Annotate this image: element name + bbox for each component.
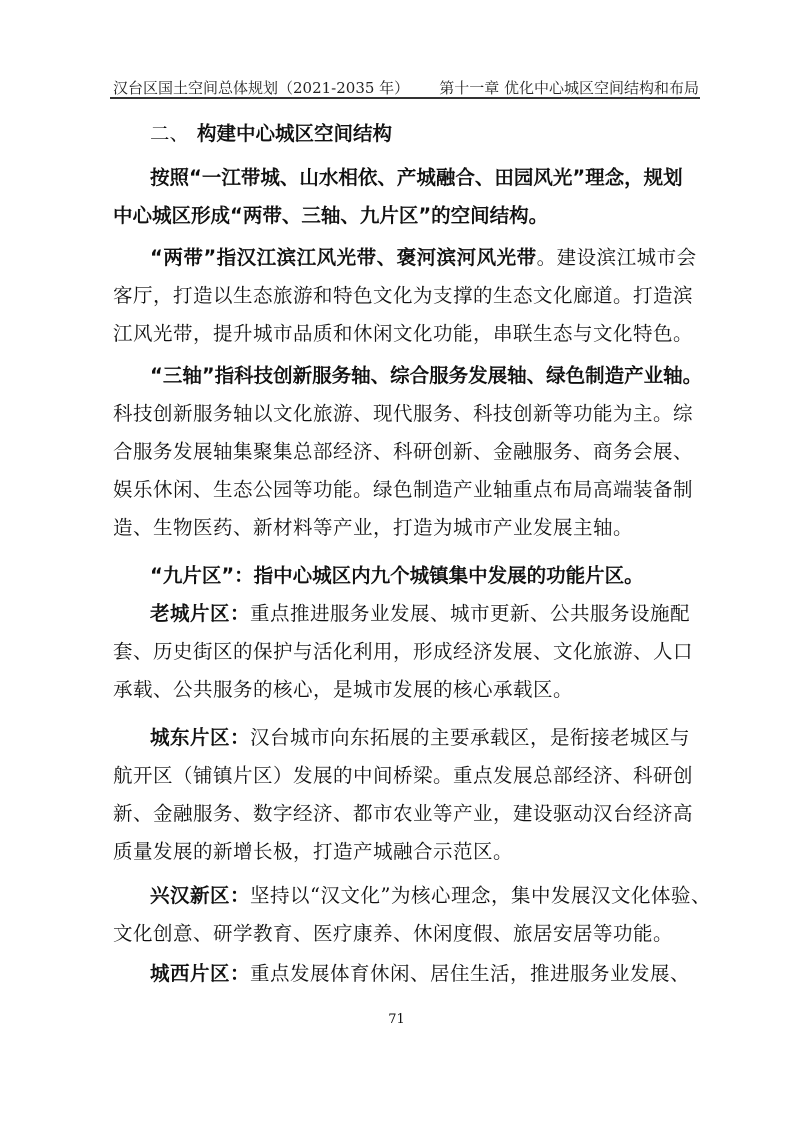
section-heading: 二、构建中心城区空间结构 — [150, 118, 392, 146]
page-header: 汉台区国土空间总体规划（2021-2035 年） 第十一章 优化中心城区空间结构… — [113, 77, 699, 97]
west-city-line-1: 城西片区：重点发展体育休闲、居住生活，推进服务业发展、 — [150, 958, 703, 986]
header-divider — [110, 97, 700, 99]
xinghan-label: 兴汉新区： — [150, 884, 250, 907]
xinghan-text: 坚持以“汉文化”为核心理念，集中发展汉文化体验、 — [250, 884, 711, 907]
old-city-label: 老城片区： — [150, 602, 250, 625]
west-city-label: 城西片区： — [150, 962, 250, 985]
east-city-line-3: 新、金融服务、数字经济、都市农业等产业，建设驱动汉台经济高 — [113, 798, 703, 826]
section-number: 二、 — [150, 122, 189, 145]
east-city-line-4: 质量发展的新增长极，打造产城融合示范区。 — [113, 836, 703, 864]
old-city-line-2: 套、历史街区的保护与活化利用，形成经济发展、文化旅游、人口 — [113, 636, 703, 664]
header-chapter-title: 第十一章 优化中心城区空间结构和布局 — [439, 77, 699, 98]
three-axes-line-1: 科技创新服务轴以文化旅游、现代服务、科技创新等功能为主。综 — [113, 398, 703, 426]
intro-line-1: 按照“一江带城、山水相依、产城融合、田园风光”理念，规划 — [150, 162, 703, 190]
two-belts-text: 。建设滨江城市会 — [537, 246, 697, 269]
xinghan-line-2: 文化创意、研学教育、医疗康养、休闲度假、旅居安居等功能。 — [113, 918, 703, 946]
xinghan-line-1: 兴汉新区：坚持以“汉文化”为核心理念，集中发展汉文化体验、 — [150, 880, 703, 908]
old-city-text: 重点推进服务业发展、城市更新、公共服务设施配 — [250, 602, 690, 625]
east-city-line-2: 航开区（铺镇片区）发展的中间桥梁。重点发展总部经济、科研创 — [113, 760, 703, 788]
two-belts-lead: “两带”指汉江滨江风光带、褒河滨河风光带 — [150, 246, 537, 269]
header-document-title: 汉台区国土空间总体规划（2021-2035 年） — [113, 77, 409, 98]
three-axes-line-4: 造、生物医药、新材料等产业，打造为城市产业发展主轴。 — [113, 512, 703, 540]
old-city-line-1: 老城片区：重点推进服务业发展、城市更新、公共服务设施配 — [150, 598, 703, 626]
east-city-text: 汉台城市向东拓展的主要承载区，是衔接老城区与 — [250, 726, 690, 749]
two-belts-line-1: “两带”指汉江滨江风光带、褒河滨河风光带。建设滨江城市会 — [150, 242, 703, 270]
west-city-text: 重点发展体育休闲、居住生活，推进服务业发展、 — [250, 962, 690, 985]
intro-line-2: 中心城区形成“两带、三轴、九片区”的空间结构。 — [113, 200, 703, 228]
section-title: 构建中心城区空间结构 — [197, 122, 392, 145]
three-axes-line-3: 娱乐休闲、生态公园等功能。绿色制造产业轴重点布局高端装备制 — [113, 474, 703, 502]
two-belts-line-2: 客厅，打造以生态旅游和特色文化为支撑的生态文化廊道。打造滨 — [113, 280, 703, 308]
east-city-line-1: 城东片区：汉台城市向东拓展的主要承载区，是衔接老城区与 — [150, 722, 703, 750]
three-axes-line-2: 合服务发展轴集聚集总部经济、科研创新、金融服务、商务会展、 — [113, 436, 703, 464]
three-axes-lead: “三轴”指科技创新服务轴、综合服务发展轴、绿色制造产业轴。 — [150, 360, 703, 388]
page-number: 71 — [0, 1012, 793, 1027]
two-belts-line-3: 江风光带，提升城市品质和休闲文化功能，串联生态与文化特色。 — [113, 318, 703, 346]
nine-zones-lead: “九片区”：指中心城区内九个城镇集中发展的功能片区。 — [150, 560, 703, 588]
old-city-line-3: 承载、公共服务的核心，是城市发展的核心承载区。 — [113, 674, 703, 702]
east-city-label: 城东片区： — [150, 726, 250, 749]
